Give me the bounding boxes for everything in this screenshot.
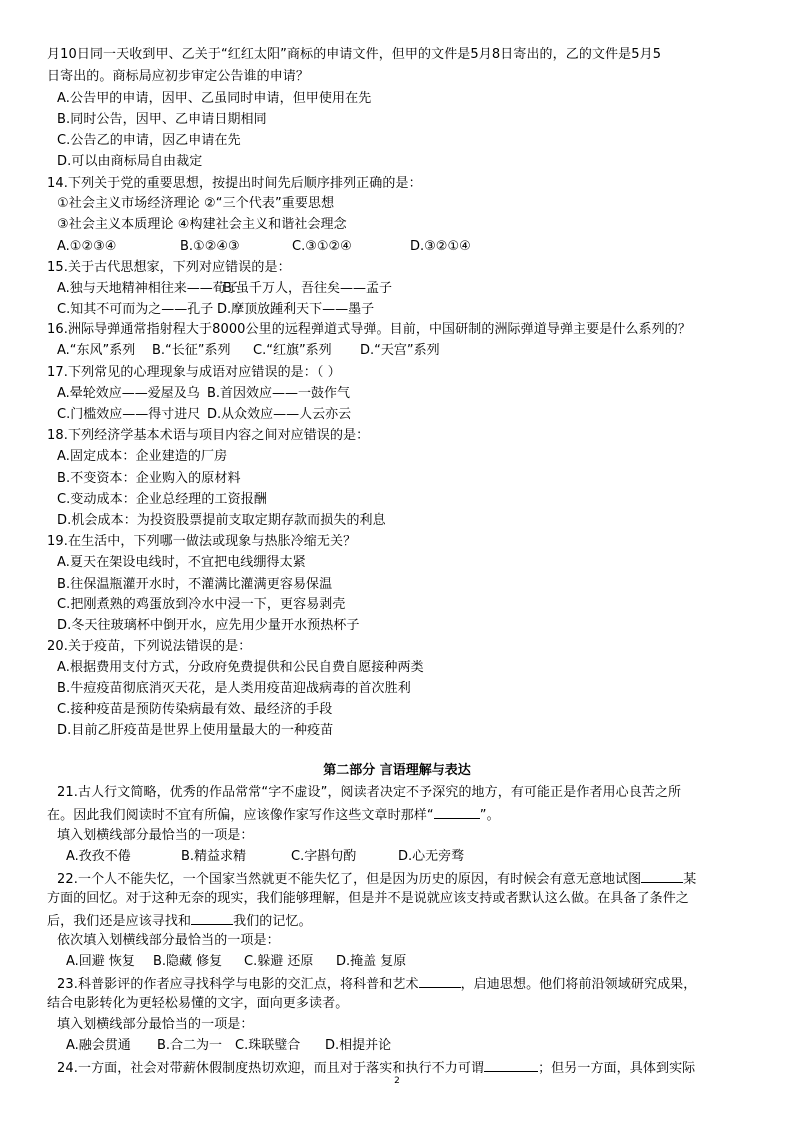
q22-line-3-text: 后，我们还是应该寻找和 bbox=[47, 914, 191, 929]
q18-stem: 18.下列经济学基本术语与项目内容之间对应错误的是： bbox=[47, 428, 369, 444]
q17-stem: 17.下列常见的心理现象与成语对应错误的是：（ ） bbox=[47, 365, 341, 381]
q19-option-d: D.冬天往玻璃杯中倒开水，应先用少量开水预热杯子 bbox=[57, 618, 360, 634]
q18-option-a: A.固定成本：企业建造的厂房 bbox=[57, 449, 227, 465]
q22-option-a: A.回避 恢复 bbox=[66, 954, 135, 970]
q21-prompt: 填入划横线部分最恰当的一项是： bbox=[57, 828, 254, 844]
q15-option-d: D.摩顶放踵利天下——墨子 bbox=[217, 302, 374, 318]
q19-stem: 19.在生活中，下列哪一做法或现象与热胀冷缩无关？ bbox=[47, 534, 356, 550]
q23-line-2: 结合电影转化为更轻松易懂的文字，面向更多读者。 bbox=[47, 996, 348, 1012]
q16-option-a: A.“东风”系列 bbox=[57, 343, 135, 359]
q21-blank bbox=[434, 806, 480, 819]
q22-line-3: 后，我们还是应该寻找和我们的记忆。 bbox=[47, 912, 312, 930]
q15-stem: 15.关于古代思想家，下列对应错误的是： bbox=[47, 260, 291, 276]
exam-page: 月10日同一天收到甲、乙关于“红红太阳”商标的申请文件，但甲的文件是5月8日寄出… bbox=[0, 0, 794, 1123]
q22-line-1-text: 22.一个人不能失忆，一个国家当然就更不能失忆了，但是因为历史的原因，有时候会有… bbox=[57, 872, 641, 887]
q22-blank-1 bbox=[641, 870, 683, 883]
q22-blank-2 bbox=[191, 912, 233, 925]
q21-line-2: 在。因此我们阅读时不宜有所偏，应该像作家写作这些文章时那样“”。 bbox=[47, 806, 500, 824]
q17-option-d: D.从众效应——人云亦云 bbox=[207, 407, 351, 423]
q24-line-1-text: 24.一方面，社会对带薪休假制度热切欢迎，而且对于落实和执行不力可谓 bbox=[57, 1061, 484, 1076]
q16-stem: 16.洲际导弹通常指射程大于8000公里的远程弹道式导弹。目前，中国研制的洲际弹… bbox=[47, 322, 691, 338]
q18-option-b: B.不变资本：企业购入的原材料 bbox=[57, 471, 241, 487]
q23-option-d: D.相提并论 bbox=[325, 1038, 391, 1054]
q14-option-d: D.③②①④ bbox=[410, 239, 471, 255]
q19-option-c: C.把刚煮熟的鸡蛋放到冷水中浸一下，更容易剥壳 bbox=[57, 597, 346, 613]
q20-stem: 20.关于疫苗，下列说法错误的是： bbox=[47, 639, 251, 655]
q15-option-a: A.独与天地精神相往来——荀子 bbox=[57, 281, 239, 297]
q21-line-2-end: ”。 bbox=[480, 808, 500, 823]
q14-items-line-1: ①社会主义市场经济理论 ②“三个代表”重要思想 bbox=[57, 196, 334, 212]
q20-option-a: A.根据费用支付方式，分政府免费提供和公民自费自愿接种两类 bbox=[57, 660, 424, 676]
q21-option-b: B.精益求精 bbox=[181, 849, 246, 865]
q14-option-c: C.③①②④ bbox=[292, 239, 352, 255]
q22-option-d: D.掩盖 复原 bbox=[336, 954, 406, 970]
q22-line-1-end: 某 bbox=[683, 872, 696, 887]
q13-line-1: 月10日同一天收到甲、乙关于“红红太阳”商标的申请文件，但甲的文件是5月8日寄出… bbox=[47, 47, 661, 63]
q13-option-c: C.公告乙的申请，因乙申请在先 bbox=[57, 133, 241, 149]
q24-line-1-end: ；但另一方面，具体到实际 bbox=[538, 1061, 695, 1076]
q18-option-d: D.机会成本：为投资股票提前支取定期存款而损失的利息 bbox=[57, 513, 386, 529]
q22-line-3-end: 我们的记忆。 bbox=[233, 914, 312, 929]
q19-option-a: A.夏天在架设电线时，不宜把电线绷得太紧 bbox=[57, 555, 306, 571]
q23-blank bbox=[419, 975, 461, 988]
q14-stem: 14.下列关于党的重要思想，按提出时间先后顺序排列正确的是： bbox=[47, 176, 422, 192]
q23-line-1: 23.科普影评的作者应寻找科学与电影的交汇点，将科普和艺术，启迪思想。他们将前沿… bbox=[57, 975, 696, 993]
q20-option-d: D.目前乙肝疫苗是世界上使用量最大的一种疫苗 bbox=[57, 723, 333, 739]
q22-line-2: 方面的回忆。对于这种无奈的现实，我们能够理解，但是并不是说就应该支持或者默认这么… bbox=[47, 891, 689, 907]
q23-prompt: 填入划横线部分最恰当的一项是： bbox=[57, 1017, 254, 1033]
q21-line-1: 21.古人行文简略，优秀的作品常常“字不虚设”，阅读者决定不予深究的地方，有可能… bbox=[57, 785, 681, 801]
q21-line-2-text: 在。因此我们阅读时不宜有所偏，应该像作家写作这些文章时那样“ bbox=[47, 808, 434, 823]
section-title: 第二部分 言语理解与表达 bbox=[0, 763, 794, 779]
q20-option-c: C.接种疫苗是预防传染病最有效、最经济的手段 bbox=[57, 702, 332, 718]
q15-option-b: B.虽千万人，吾往矣——孟子 bbox=[223, 281, 392, 297]
q20-option-b: B.牛痘疫苗彻底消灭天花，是人类用疫苗迎战病毒的首次胜利 bbox=[57, 681, 411, 697]
q14-option-b: B.①②④③ bbox=[180, 239, 240, 255]
q17-option-a: A.晕轮效应——爱屋及乌 bbox=[57, 386, 200, 402]
q23-line-1-end: ，启迪思想。他们将前沿领域研究成果， bbox=[461, 977, 697, 992]
q24-line-1: 24.一方面，社会对带薪休假制度热切欢迎，而且对于落实和执行不力可谓；但另一方面… bbox=[57, 1059, 695, 1077]
q22-option-b: B.隐藏 修复 bbox=[153, 954, 222, 970]
q19-option-b: B.往保温瓶灌开水时，不灌满比灌满更容易保温 bbox=[57, 577, 332, 593]
q21-option-d: D.心无旁骛 bbox=[398, 849, 464, 865]
q14-option-a: A.①②③④ bbox=[57, 239, 116, 255]
q14-items-line-2: ③社会主义本质理论 ④构建社会主义和谐社会理念 bbox=[57, 217, 347, 233]
q17-option-b: B.首因效应——一鼓作气 bbox=[207, 386, 350, 402]
q23-option-a: A.融会贯通 bbox=[66, 1038, 131, 1054]
q21-option-a: A.孜孜不倦 bbox=[66, 849, 131, 865]
q22-line-1: 22.一个人不能失忆，一个国家当然就更不能失忆了，但是因为历史的原因，有时候会有… bbox=[57, 870, 696, 888]
q22-prompt: 依次填入划横线部分最恰当的一项是： bbox=[57, 933, 280, 949]
q13-option-b: B.同时公告，因甲、乙申请日期相同 bbox=[57, 112, 267, 128]
page-number: 2 bbox=[0, 1076, 794, 1086]
q18-option-c: C.变动成本：企业总经理的工资报酬 bbox=[57, 492, 267, 508]
q22-option-c: C.躲避 还原 bbox=[244, 954, 313, 970]
q23-option-b: B.合二为一 bbox=[157, 1038, 222, 1054]
q23-option-c: C.珠联璧合 bbox=[235, 1038, 300, 1054]
q15-option-c: C.知其不可而为之——孔子 bbox=[57, 302, 213, 318]
q13-line-2: 日寄出的。商标局应初步审定公告谁的申请？ bbox=[47, 69, 309, 85]
q17-option-c: C.门槛效应——得寸进尺 bbox=[57, 407, 200, 423]
q24-blank bbox=[484, 1059, 538, 1072]
q16-option-d: D.“天宫”系列 bbox=[360, 343, 440, 359]
q21-option-c: C.字斟句酌 bbox=[291, 849, 356, 865]
q13-option-a: A.公告甲的申请，因甲、乙虽同时申请，但甲使用在先 bbox=[57, 91, 371, 107]
q16-option-b: B.“长征”系列 bbox=[152, 343, 231, 359]
q16-option-c: C.“红旗”系列 bbox=[253, 343, 332, 359]
q23-line-1-text: 23.科普影评的作者应寻找科学与电影的交汇点，将科普和艺术 bbox=[57, 977, 419, 992]
q13-option-d: D.可以由商标局自由裁定 bbox=[57, 154, 202, 170]
